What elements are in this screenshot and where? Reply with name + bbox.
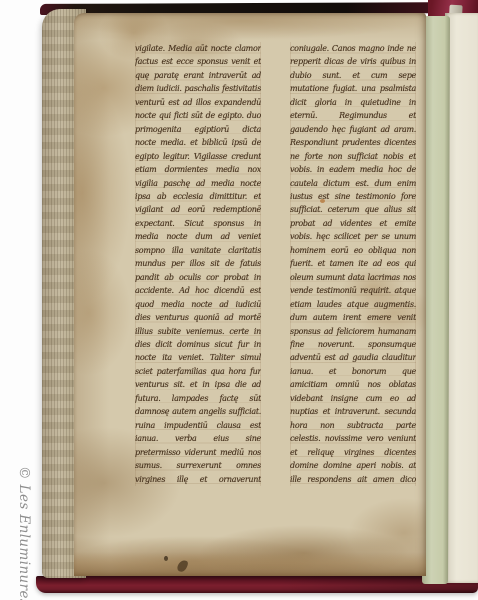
text-column-left: vigilate. Media aūt nocte clamor factus …: [135, 42, 261, 486]
endleaf-green-edge: [422, 16, 450, 584]
ink-blot: [164, 556, 168, 561]
rust-speck: [320, 199, 325, 203]
flyleaf-page-edge: [445, 13, 478, 583]
copyright-watermark: © Les Enluminures: [16, 466, 32, 600]
binding-cover-bottom: [36, 576, 478, 593]
ink-blot: [176, 559, 189, 573]
manuscript-text-left: vigilate. Media aūt nocte clamor factus …: [135, 42, 261, 486]
manuscript-photograph: vigilate. Media aūt nocte clamor factus …: [0, 0, 478, 600]
parchment-page: vigilate. Media aūt nocte clamor factus …: [74, 13, 426, 576]
text-column-right: coniugale. Canos magno inde ne repperit …: [290, 42, 416, 486]
manuscript-text-right: coniugale. Canos magno inde ne repperit …: [290, 42, 416, 486]
